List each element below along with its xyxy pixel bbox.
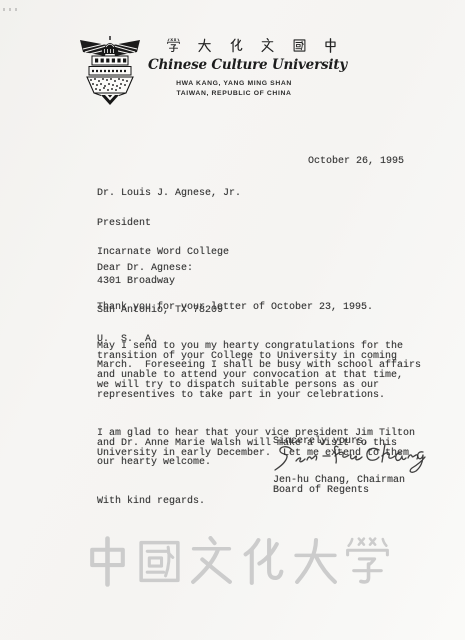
header-address-line1: HWA KANG, YANG MING SHAN xyxy=(148,80,320,88)
watermark-char-guo xyxy=(134,536,185,587)
letter-page: Chinese Culture University HWA KANG, YAN… xyxy=(0,0,465,640)
scan-artifact xyxy=(3,8,17,11)
watermark-char-wen xyxy=(186,536,237,587)
header-char-da xyxy=(197,38,212,53)
watermark-chinese-title xyxy=(82,536,393,587)
watermark-char-zhong xyxy=(82,536,133,587)
header-address-line2: TAIWAN, REPUBLIC OF CHINA xyxy=(148,90,320,98)
signer-organization: Board of Regents xyxy=(273,486,369,496)
watermark-char-xue xyxy=(342,536,393,587)
paragraph-4: With kind regards. xyxy=(97,497,433,507)
recipient-title: President xyxy=(97,219,241,229)
header-char-zhong xyxy=(323,38,338,53)
header-char-wen xyxy=(260,38,275,53)
watermark-char-da xyxy=(290,536,341,587)
recipient-name: Dr. Louis J. Agnese, Jr. xyxy=(97,189,241,199)
letter-date: October 26, 1995 xyxy=(308,157,404,167)
university-crest-icon xyxy=(78,35,142,105)
university-name: Chinese Culture University xyxy=(148,57,320,73)
signature-script xyxy=(271,443,426,476)
paragraph-2: May I send to you my hearty congratulati… xyxy=(97,342,433,400)
watermark-char-hua xyxy=(238,536,289,587)
chinese-university-title xyxy=(166,37,338,53)
salutation: Dear Dr. Agnese: xyxy=(97,264,433,274)
paragraph-1: Thank you for your letter of October 23,… xyxy=(97,303,433,313)
header-char-xue xyxy=(166,38,181,53)
header-char-guo xyxy=(292,38,307,53)
header-char-hua xyxy=(229,38,244,53)
